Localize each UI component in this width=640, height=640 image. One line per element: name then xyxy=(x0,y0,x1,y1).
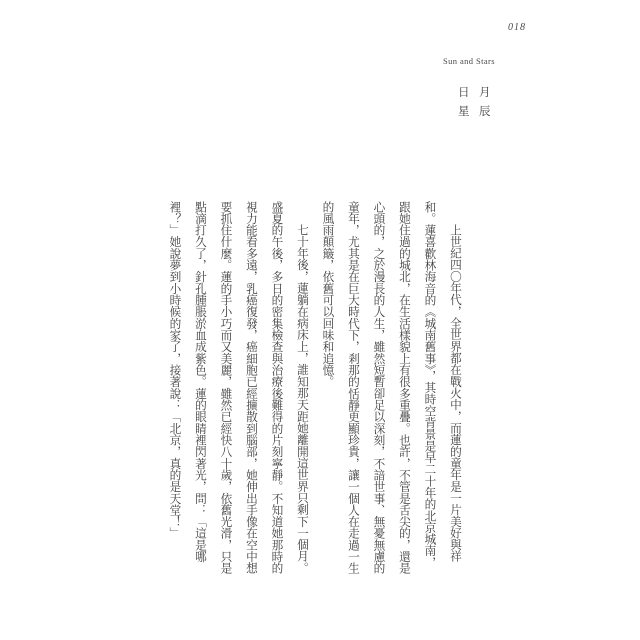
chapter-title-line-1: 日月 xyxy=(458,84,500,103)
chapter-title-line-2: 星辰 xyxy=(458,103,500,122)
page-number: 018 xyxy=(508,22,526,33)
paragraph-2: 七十年後，蓮躺在病床上，誰知那天距她離開這世界只剩下一個月。盛夏的午後，多日的密… xyxy=(162,201,315,575)
paragraph-1: 上世紀四〇年代，全世界都在戰火中，而蓮的童年是一片美好與祥和。蓮喜歡林海音的《城… xyxy=(315,201,468,575)
book-page: 018 Sun and Stars 日月 星辰 上世紀四〇年代，全世界都在戰火中… xyxy=(0,0,640,640)
chapter-title: 日月 星辰 xyxy=(458,84,500,121)
book-title-english: Sun and Stars xyxy=(443,56,495,66)
body-text: 上世紀四〇年代，全世界都在戰火中，而蓮的童年是一片美好與祥和。蓮喜歡林海音的《城… xyxy=(162,201,468,575)
